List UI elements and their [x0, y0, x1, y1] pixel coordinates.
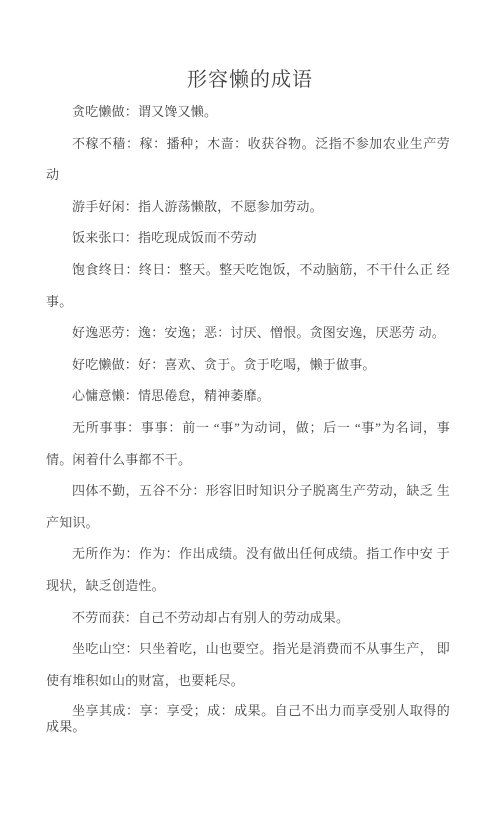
idiom-paragraph: 饱食终日：终日：整天。整天吃饱饭，不动脑筋，不干什么正 经事。 — [46, 254, 450, 317]
idiom-paragraph: 不劳而获：自己不劳动却占有别人的劳动成果。 — [46, 602, 450, 634]
idiom-paragraph: 游手好闲：指人游荡懒散，不愿参加劳动。 — [46, 191, 450, 223]
idiom-paragraph: 坐吃山空：只坐着吃，山也要空。指光是消费而不从事生产， 即使有堆积如山的财富，也… — [46, 633, 450, 696]
idiom-paragraph: 好逸恶劳：逸：安逸；恶：讨厌、憎恨。贪图安逸，厌恶劳 动。 — [46, 317, 450, 349]
idiom-paragraph: 贪吃懒做：谓又馋又懒。 — [46, 96, 450, 128]
idiom-paragraph: 无所事事：事事：前一 “事”为动词，做；后一 “事”为名词，事情。闲着什么事都不… — [46, 412, 450, 475]
idiom-paragraph: 心慵意懒：情思倦怠，精神萎靡。 — [46, 380, 450, 412]
idiom-paragraph: 坐享其成：享：享受；成：成果。自己不出力而享受别人取得的成果。 — [46, 703, 450, 735]
idiom-paragraph: 不稼不穑：稼：播种；木啬：收获谷物。泛指不参加农业生产劳动 — [46, 128, 450, 191]
page-title: 形容懒的成语 — [0, 68, 500, 92]
idiom-paragraph: 好吃懒做：好：喜欢、贪于。贪于吃喝，懒于做事。 — [46, 349, 450, 381]
idiom-paragraph: 四体不勤，五谷不分：形容旧时知识分子脱离生产劳动，缺乏 生产知识。 — [46, 475, 450, 538]
idiom-paragraph: 无所作为：作为：作出成绩。没有做出任何成绩。指工作中安 于现状，缺乏创造性。 — [46, 538, 450, 601]
document-body: 贪吃懒做：谓又馋又懒。 不稼不穑：稼：播种；木啬：收获谷物。泛指不参加农业生产劳… — [46, 96, 450, 735]
document-page: 形容懒的成语 贪吃懒做：谓又馋又懒。 不稼不穑：稼：播种；木啬：收获谷物。泛指不… — [0, 0, 500, 824]
idiom-paragraph: 饭来张口：指吃现成饭而不劳动 — [46, 222, 450, 254]
